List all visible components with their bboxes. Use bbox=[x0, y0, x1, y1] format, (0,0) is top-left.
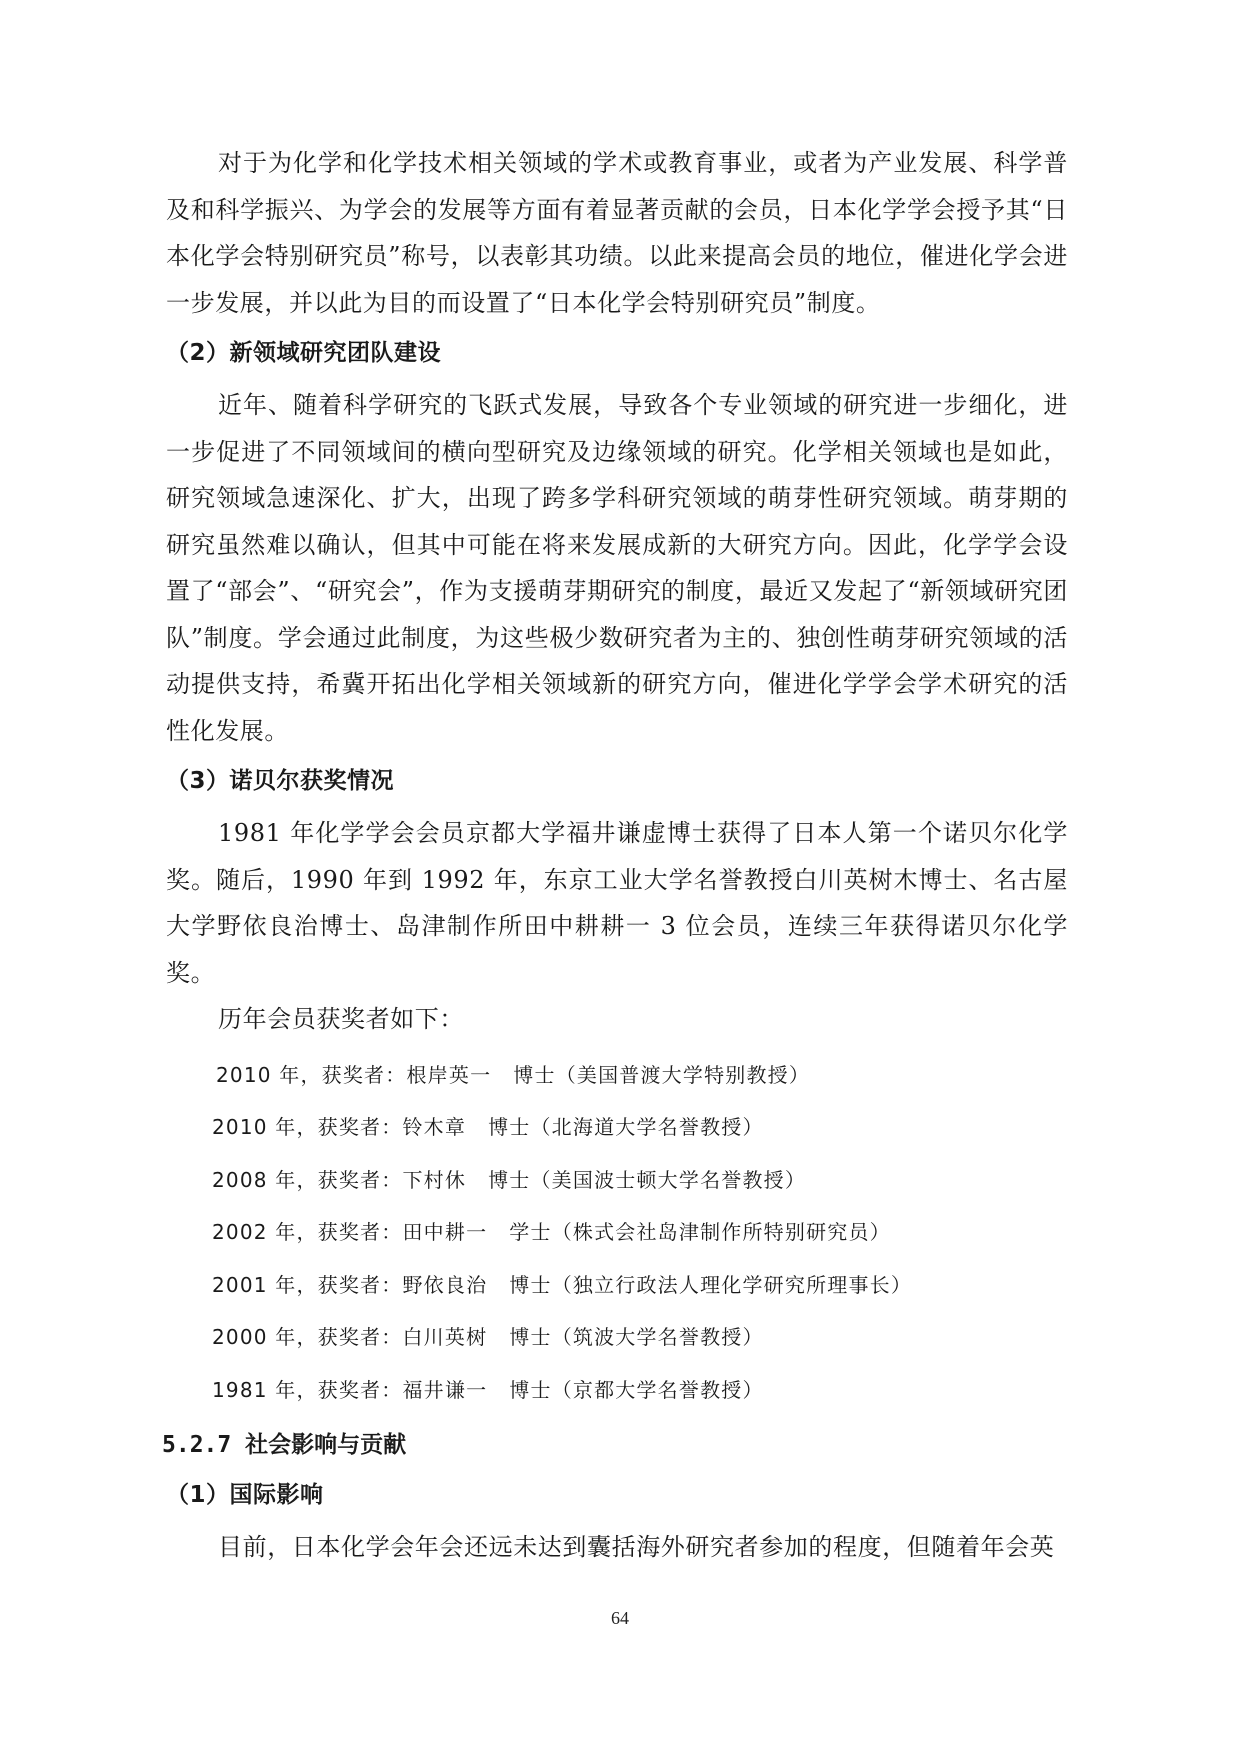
subsection-heading-international: （1）国际影响 bbox=[166, 1472, 1068, 1518]
laureate-label: 获奖者： bbox=[318, 1325, 403, 1349]
laureate-title: 学士 bbox=[509, 1220, 551, 1244]
laureate-item: 2002 年，获奖者：田中耕一学士（株式会社岛津制作所特别研究员） bbox=[166, 1206, 1068, 1259]
laureate-name: 下村休 bbox=[402, 1168, 466, 1192]
laureate-label: 获奖者： bbox=[322, 1063, 407, 1087]
laureate-title: 博士 bbox=[509, 1273, 551, 1297]
laureate-affiliation: （独立行政法人理化学研究所理事长） bbox=[552, 1273, 912, 1297]
laureate-year: 2002 年， bbox=[212, 1220, 318, 1244]
laureate-item: 2008 年，获奖者：下村休博士（美国波士顿大学名誉教授） bbox=[166, 1154, 1068, 1207]
laureate-name: 白川英树 bbox=[402, 1325, 487, 1349]
laureate-title: 博士 bbox=[488, 1115, 530, 1139]
laureate-title: 博士 bbox=[509, 1325, 551, 1349]
page-number: 64 bbox=[0, 1608, 1240, 1629]
laureate-item: 2010 年，获奖者：根岸英一博士（美国普渡大学特别教授） bbox=[166, 1049, 1068, 1102]
laureate-item: 2000 年，获奖者：白川英树博士（筑波大学名誉教授） bbox=[166, 1311, 1068, 1364]
intro-paragraph: 对于为化学和化学技术相关领域的学术或教育事业，或者为产业发展、科学普及和科学振兴… bbox=[166, 140, 1068, 326]
laureate-label: 获奖者： bbox=[318, 1220, 403, 1244]
laureate-year: 1981 年， bbox=[212, 1378, 318, 1402]
paragraph-international: 目前，日本化学会年会还远未达到囊括海外研究者参加的程度，但随着年会英 bbox=[166, 1524, 1068, 1571]
laureate-label: 获奖者： bbox=[318, 1115, 403, 1139]
laureate-item: 2010 年，获奖者：铃木章博士（北海道大学名誉教授） bbox=[166, 1101, 1068, 1154]
laureate-item: 2001 年，获奖者：野依良治博士（独立行政法人理化学研究所理事长） bbox=[166, 1259, 1068, 1312]
laureate-label: 获奖者： bbox=[318, 1168, 403, 1192]
laureate-name: 田中耕一 bbox=[402, 1220, 487, 1244]
section-heading-nobel: （3）诺贝尔获奖情况 bbox=[166, 758, 1068, 804]
laureate-name: 根岸英一 bbox=[406, 1063, 491, 1087]
laureate-year: 2001 年， bbox=[212, 1273, 318, 1297]
laureate-title: 博士 bbox=[488, 1168, 530, 1192]
laureate-affiliation: （北海道大学名誉教授） bbox=[530, 1115, 763, 1139]
laureate-name: 野依良治 bbox=[402, 1273, 487, 1297]
laureate-affiliation: （美国波士顿大学名誉教授） bbox=[530, 1168, 806, 1192]
laureate-label: 获奖者： bbox=[318, 1273, 403, 1297]
laureate-year: 2008 年， bbox=[212, 1168, 318, 1192]
paragraph-laureates-intro: 历年会员获奖者如下： bbox=[166, 996, 1068, 1043]
chapter-heading: 5.2.7 社会影响与贡献 bbox=[162, 1422, 1068, 1468]
laureate-year: 2010 年， bbox=[212, 1115, 318, 1139]
laureate-title: 博士 bbox=[513, 1063, 555, 1087]
laureate-item: 1981 年，获奖者：福井谦一博士（京都大学名誉教授） bbox=[166, 1364, 1068, 1417]
laureate-name: 铃木章 bbox=[402, 1115, 466, 1139]
laureate-title: 博士 bbox=[509, 1378, 551, 1402]
laureate-affiliation: （美国普渡大学特别教授） bbox=[556, 1063, 810, 1087]
document-page: 对于为化学和化学技术相关领域的学术或教育事业，或者为产业发展、科学普及和科学振兴… bbox=[166, 140, 1068, 1571]
paragraph-new-field-teams: 近年、随着科学研究的飞跃式发展，导致各个专业领域的研究进一步细化，进一步促进了不… bbox=[166, 382, 1068, 754]
laureate-affiliation: （京都大学名誉教授） bbox=[552, 1378, 764, 1402]
laureate-label: 获奖者： bbox=[318, 1378, 403, 1402]
laureate-year: 2010 年， bbox=[216, 1063, 322, 1087]
laureate-affiliation: （株式会社岛津制作所特别研究员） bbox=[552, 1220, 891, 1244]
paragraph-nobel-history: 1981 年化学学会会员京都大学福井谦虚博士获得了日本人第一个诺贝尔化学奖。随后… bbox=[166, 810, 1068, 996]
laureate-affiliation: （筑波大学名誉教授） bbox=[552, 1325, 764, 1349]
laureate-year: 2000 年， bbox=[212, 1325, 318, 1349]
laureate-list: 2010 年，获奖者：根岸英一博士（美国普渡大学特别教授） 2010 年，获奖者… bbox=[166, 1049, 1068, 1417]
laureate-name: 福井谦一 bbox=[402, 1378, 487, 1402]
section-heading-new-field-teams: （2）新领域研究团队建设 bbox=[166, 330, 1068, 376]
